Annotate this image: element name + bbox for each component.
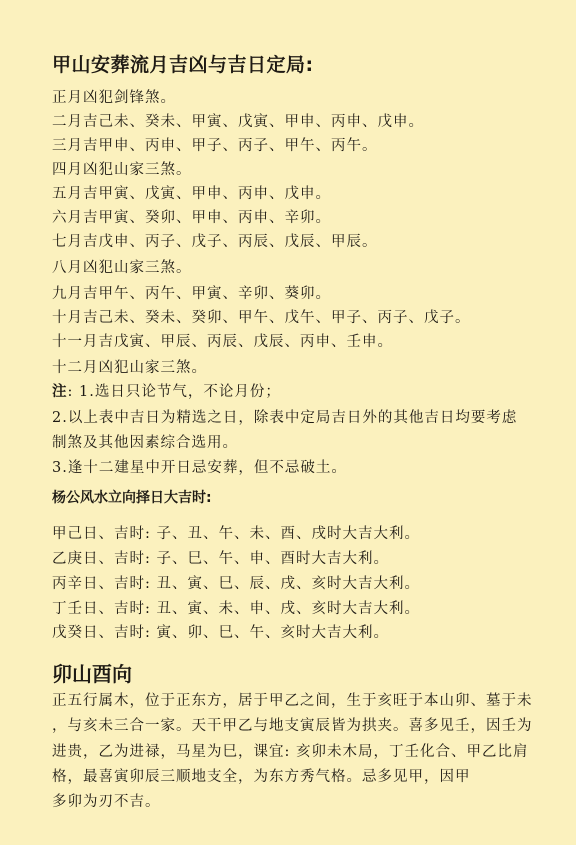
note-text: : 1.选日只论节气，不论月份；: [68, 384, 281, 400]
note-label: 注: [52, 384, 68, 400]
month-line: 十二月凶犯山家三煞。: [52, 356, 207, 377]
month-line: 正月凶犯剑锋煞。: [52, 86, 176, 107]
month-line: 十一月吉戊寅、甲辰、丙辰、戊辰、丙申、壬申。: [52, 330, 393, 351]
note-line: 注: 1.选日只论节气，不论月份；: [52, 380, 281, 401]
month-line: 八月凶犯山家三煞。: [52, 256, 192, 277]
month-line: 十月吉己未、癸未、癸卯、甲午、戊午、甲子、丙子、戊子。: [52, 306, 471, 327]
note-line: 2.以上表中吉日为精选之日，除表中定局吉日外的其他吉日均要考虑: [52, 406, 517, 427]
note-line: 3.逢十二建星中开日忌安葬，但不忌破土。: [52, 456, 347, 477]
lucky-hour-line: 戊癸日、吉时: 寅、卯、巳、午、亥时大吉大利。: [52, 621, 389, 642]
lucky-hour-line: 丙辛日、吉时: 丑、寅、巳、辰、戌、亥时大吉大利。: [52, 572, 420, 593]
section-title-mao-mountain: 卯山酉向: [52, 658, 132, 687]
month-line: 五月吉甲寅、戊寅、甲申、丙申、戊申。: [52, 182, 331, 203]
month-line: 二月吉己未、癸未、甲寅、戊寅、甲申、丙申、戊申。: [52, 110, 424, 131]
section-title-jia-mountain: 甲山安葬流月吉凶与吉日定局:: [52, 50, 314, 77]
paragraph-line: 多卯为刃不吉。: [52, 790, 161, 811]
paragraph-line: ，与亥未三合一家。天干甲乙与地支寅辰皆为拱夹。喜多见壬，因壬为: [52, 714, 533, 735]
note-line: 制煞及其他因素综合选用。: [52, 431, 238, 452]
paragraph-line: 格，最喜寅卯辰三顺地支全，为东方秀气格。忌多见甲，因甲: [52, 765, 471, 786]
month-line: 三月吉甲申、丙申、甲子、丙子、甲午、丙午。: [52, 134, 378, 155]
month-line: 九月吉甲午、丙午、甲寅、辛卯、葵卯。: [52, 282, 331, 303]
month-line: 七月吉戊申、丙子、戊子、丙辰、戊辰、甲辰。: [52, 230, 378, 251]
section-title-yang-gong: 杨公风水立向择日大吉时:: [52, 487, 212, 507]
lucky-hour-line: 甲己日、吉时: 子、丑、午、未、酉、戌时大吉大利。: [52, 522, 420, 543]
lucky-hour-line: 丁壬日、吉时: 丑、寅、未、申、戌、亥时大吉大利。: [52, 597, 420, 618]
paragraph-line: 进贵，乙为进禄，马星为巳，课宜: 亥卯未木局，丁壬化合、甲乙比肩: [52, 740, 529, 761]
month-line: 四月凶犯山家三煞。: [52, 158, 192, 179]
lucky-hour-line: 乙庚日、吉时: 子、巳、午、申、酉时大吉大利。: [52, 547, 389, 568]
paragraph-line: 正五行属木，位于正东方，居于甲乙之间，生于亥旺于本山卯、墓于未: [52, 689, 533, 710]
month-line: 六月吉甲寅、癸卯、甲申、丙申、辛卯。: [52, 206, 331, 227]
